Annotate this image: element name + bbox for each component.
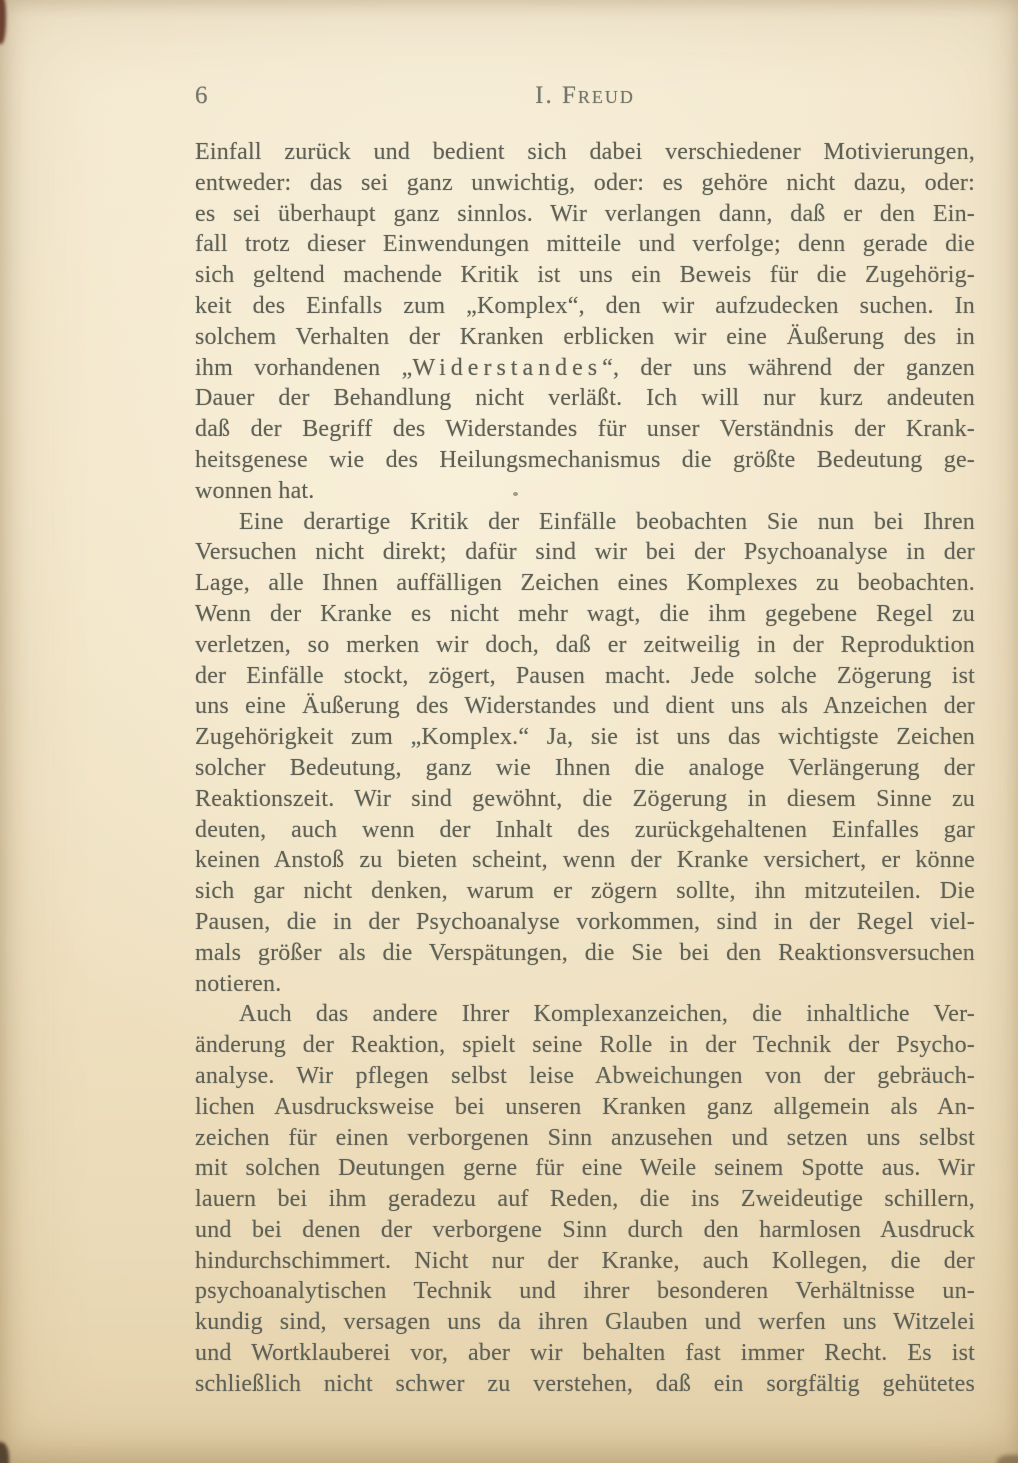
letterspaced-emphasis-word: Widerstandes — [412, 355, 602, 381]
text-line: verletzen, so merken wir doch, daß er ze… — [195, 630, 975, 661]
text-line: uns eine Äußerung des Widerstandes und d… — [195, 691, 975, 722]
text-line: kundig sind, versagen uns da ihren Glaub… — [195, 1307, 975, 1338]
text-line: lauern bei ihm geradezu auf Reden, die i… — [195, 1184, 975, 1215]
text-line: ihm vorhandenen „Widerstandes“, der uns … — [195, 353, 975, 384]
text-line: hindurchschimmert. Nicht nur der Kranke,… — [195, 1246, 975, 1277]
text-line: und Wortklauberei vor, aber wir behalten… — [195, 1338, 975, 1369]
text-line: sich geltend machende Kritik ist uns ein… — [195, 260, 975, 291]
text-line: psychoanalytischen Technik und ihrer bes… — [195, 1276, 975, 1307]
text-line: analyse. Wir pflegen selbst leise Abweic… — [195, 1061, 975, 1092]
text-line: und bei denen der verborgene Sinn durch … — [195, 1215, 975, 1246]
body-text-block: Einfall zurück und bedient sich dabei ve… — [195, 137, 975, 1400]
text-line: Einfall zurück und bedient sich dabei ve… — [195, 137, 975, 168]
text-line: Pausen, die in der Psychoanalyse vorkomm… — [195, 907, 975, 938]
text-line: solcher Bedeutung, ganz wie Ihnen die an… — [195, 753, 975, 784]
text-line: Reaktionszeit. Wir sind gewöhnt, die Zög… — [195, 784, 975, 815]
text-line: heitsgenese wie des Heilungsmechanismus … — [195, 445, 975, 476]
text-line: änderung der Reaktion, spielt seine Roll… — [195, 1030, 975, 1061]
scan-edge-artifact-bottom-right — [997, 1455, 1018, 1463]
scan-edge-artifact-top-left — [0, 0, 6, 44]
text-line: deuten, auch wenn der Inhalt des zurückg… — [195, 815, 975, 846]
text-line: Eine derartige Kritik der Einfälle beoba… — [195, 507, 975, 538]
text-line: wonnen hat. — [195, 476, 975, 507]
text-line: keinen Anstoß zu bieten scheint, wenn de… — [195, 845, 975, 876]
text-line: fall trotz dieser Einwendungen mitteile … — [195, 229, 975, 260]
text-line: keit des Einfalls zum „Komplex“, den wir… — [195, 291, 975, 322]
text-line: mit solchen Deutungen gerne für eine Wei… — [195, 1153, 975, 1184]
text-line: zeichen für einen verborgenen Sinn anzus… — [195, 1123, 975, 1154]
running-head: 6 I. Freud — [195, 82, 975, 112]
scanned-book-page: 6 I. Freud Einfall zurück und bedient si… — [0, 0, 1018, 1463]
text-line: Zugehörigkeit zum „Komplex.“ Ja, sie ist… — [195, 722, 975, 753]
text-line: Dauer der Behandlung nicht verläßt. Ich … — [195, 383, 975, 414]
scan-edge-artifact-bottom-left — [0, 1442, 9, 1463]
text-line: lichen Ausdrucksweise bei unseren Kranke… — [195, 1092, 975, 1123]
text-line: Lage, alle Ihnen auffälligen Zeichen ein… — [195, 568, 975, 599]
text-line: solchem Verhalten der Kranken erblicken … — [195, 322, 975, 353]
text-line: schließlich nicht schwer zu verstehen, d… — [195, 1369, 975, 1400]
text-line: notieren. — [195, 969, 975, 1000]
text-line: der Einfälle stockt, zögert, Pausen mach… — [195, 661, 975, 692]
text-line: es sei überhaupt ganz sinnlos. Wir verla… — [195, 199, 975, 230]
text-line: Wenn der Kranke es nicht mehr wagt, die … — [195, 599, 975, 630]
text-line: Auch das andere Ihrer Komplexanzeichen, … — [195, 999, 975, 1030]
text-line: Versuchen nicht direkt; dafür sind wir b… — [195, 537, 975, 568]
text-line: sich gar nicht denken, warum er zögern s… — [195, 876, 975, 907]
text-line: mals größer als die Verspätungen, die Si… — [195, 938, 975, 969]
text-line: entweder: das sei ganz unwichtig, oder: … — [195, 168, 975, 199]
running-header-title: I. Freud — [195, 82, 975, 110]
text-line: daß der Begriff des Widerstandes für uns… — [195, 414, 975, 445]
